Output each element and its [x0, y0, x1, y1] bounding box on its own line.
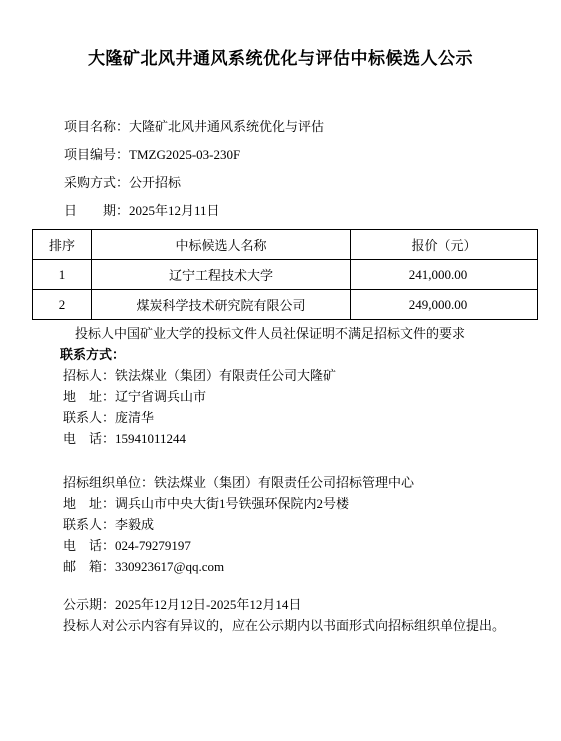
contact-person-label: 联系人： [63, 517, 115, 532]
price-cell: 241,000.00 [351, 260, 538, 290]
candidates-table: 排序 中标候选人名称 报价（元） 1 辽宁工程技术大学 241,000.00 2… [32, 229, 538, 320]
organizer-value: 铁法煤业（集团）有限责任公司招标管理中心 [154, 475, 414, 490]
tenderer-phone-line: 电 话：15941011244 [63, 428, 561, 449]
project-name-label: 项目名称： [64, 119, 129, 134]
email-value: 330923617@qq.com [115, 559, 224, 574]
candidate-name-cell: 辽宁工程技术大学 [92, 260, 351, 290]
objection-note-line: 投标人对公示内容有异议的，应在公示期内以书面形式向招标组织单位提出。 [63, 615, 561, 636]
organizer-contact-person-line: 联系人：李毅成 [63, 514, 561, 535]
email-label: 邮 箱： [63, 559, 115, 574]
rank-cell: 1 [33, 260, 92, 290]
date-line: 日 期：2025年12月11日 [64, 197, 561, 225]
address-value: 调兵山市中央大街1号铁强环保院内2号楼 [115, 496, 349, 511]
tenderer-label: 招标人： [63, 368, 115, 383]
project-number-label: 项目编号： [64, 147, 129, 162]
page-title: 大隆矿北风井通风系统优化与评估中标候选人公示 [0, 0, 561, 72]
column-header-candidate-name: 中标候选人名称 [92, 230, 351, 260]
project-number-line: 项目编号：TMZG2025-03-230F [64, 141, 561, 169]
procurement-method-label: 采购方式： [64, 175, 129, 190]
date-value: 2025年12月11日 [129, 203, 220, 218]
organizer-label: 招标组织单位： [63, 475, 154, 490]
table-header-row: 排序 中标候选人名称 报价（元） [33, 230, 538, 260]
organizer-contact-block: 招标组织单位：铁法煤业（集团）有限责任公司招标管理中心 地 址：调兵山市中央大街… [63, 472, 561, 577]
announcement-document: 大隆矿北风井通风系统优化与评估中标候选人公示 项目名称：大隆矿北风井通风系统优化… [0, 0, 561, 741]
phone-value: 024-79279197 [115, 538, 191, 553]
tenderer-contact-block: 招标人：铁法煤业（集团）有限责任公司大隆矿 地 址：辽宁省调兵山市 联系人：庞清… [63, 365, 561, 449]
project-name-value: 大隆矿北风井通风系统优化与评估 [129, 119, 324, 134]
project-name-line: 项目名称：大隆矿北风井通风系统优化与评估 [64, 113, 561, 141]
procurement-method-value: 公开招标 [129, 175, 181, 190]
candidate-name-cell: 煤炭科学技术研究院有限公司 [92, 290, 351, 320]
column-header-rank: 排序 [33, 230, 92, 260]
phone-label: 电 话： [63, 431, 115, 446]
tenderer-line: 招标人：铁法煤业（集团）有限责任公司大隆矿 [63, 365, 561, 386]
phone-label: 电 话： [63, 538, 115, 553]
publicity-period-value: 2025年12月12日-2025年12月14日 [115, 597, 301, 612]
date-label: 日 期： [64, 203, 129, 218]
contact-person-value: 李毅成 [115, 517, 154, 532]
address-label: 地 址： [63, 496, 115, 511]
procurement-method-line: 采购方式：公开招标 [64, 169, 561, 197]
tenderer-value: 铁法煤业（集团）有限责任公司大隆矿 [115, 368, 336, 383]
project-number-value: TMZG2025-03-230F [129, 147, 240, 162]
tenderer-address-line: 地 址：辽宁省调兵山市 [63, 386, 561, 407]
organizer-phone-line: 电 话：024-79279197 [63, 535, 561, 556]
address-value: 辽宁省调兵山市 [115, 389, 206, 404]
address-label: 地 址： [63, 389, 115, 404]
tenderer-contact-person-line: 联系人：庞清华 [63, 407, 561, 428]
publicity-period-line: 公示期：2025年12月12日-2025年12月14日 [63, 594, 561, 615]
table-row: 2 煤炭科学技术研究院有限公司 249,000.00 [33, 290, 538, 320]
rank-cell: 2 [33, 290, 92, 320]
column-header-price: 报价（元） [351, 230, 538, 260]
contact-person-label: 联系人： [63, 410, 115, 425]
contact-section-heading: 联系方式： [60, 344, 561, 365]
organizer-email-line: 邮 箱：330923617@qq.com [63, 556, 561, 577]
footer-section: 公示期：2025年12月12日-2025年12月14日 投标人对公示内容有异议的… [63, 594, 561, 636]
table-row: 1 辽宁工程技术大学 241,000.00 [33, 260, 538, 290]
organizer-address-line: 地 址：调兵山市中央大街1号铁强环保院内2号楼 [63, 493, 561, 514]
publicity-period-label: 公示期： [63, 597, 115, 612]
price-cell: 249,000.00 [351, 290, 538, 320]
project-info-section: 项目名称：大隆矿北风井通风系统优化与评估 项目编号：TMZG2025-03-23… [64, 113, 561, 225]
disqualification-note: 投标人中国矿业大学的投标文件人员社保证明不满足招标文件的要求 [75, 323, 561, 344]
contact-person-value: 庞清华 [115, 410, 154, 425]
organizer-line: 招标组织单位：铁法煤业（集团）有限责任公司招标管理中心 [63, 472, 561, 493]
phone-value: 15941011244 [115, 431, 186, 446]
